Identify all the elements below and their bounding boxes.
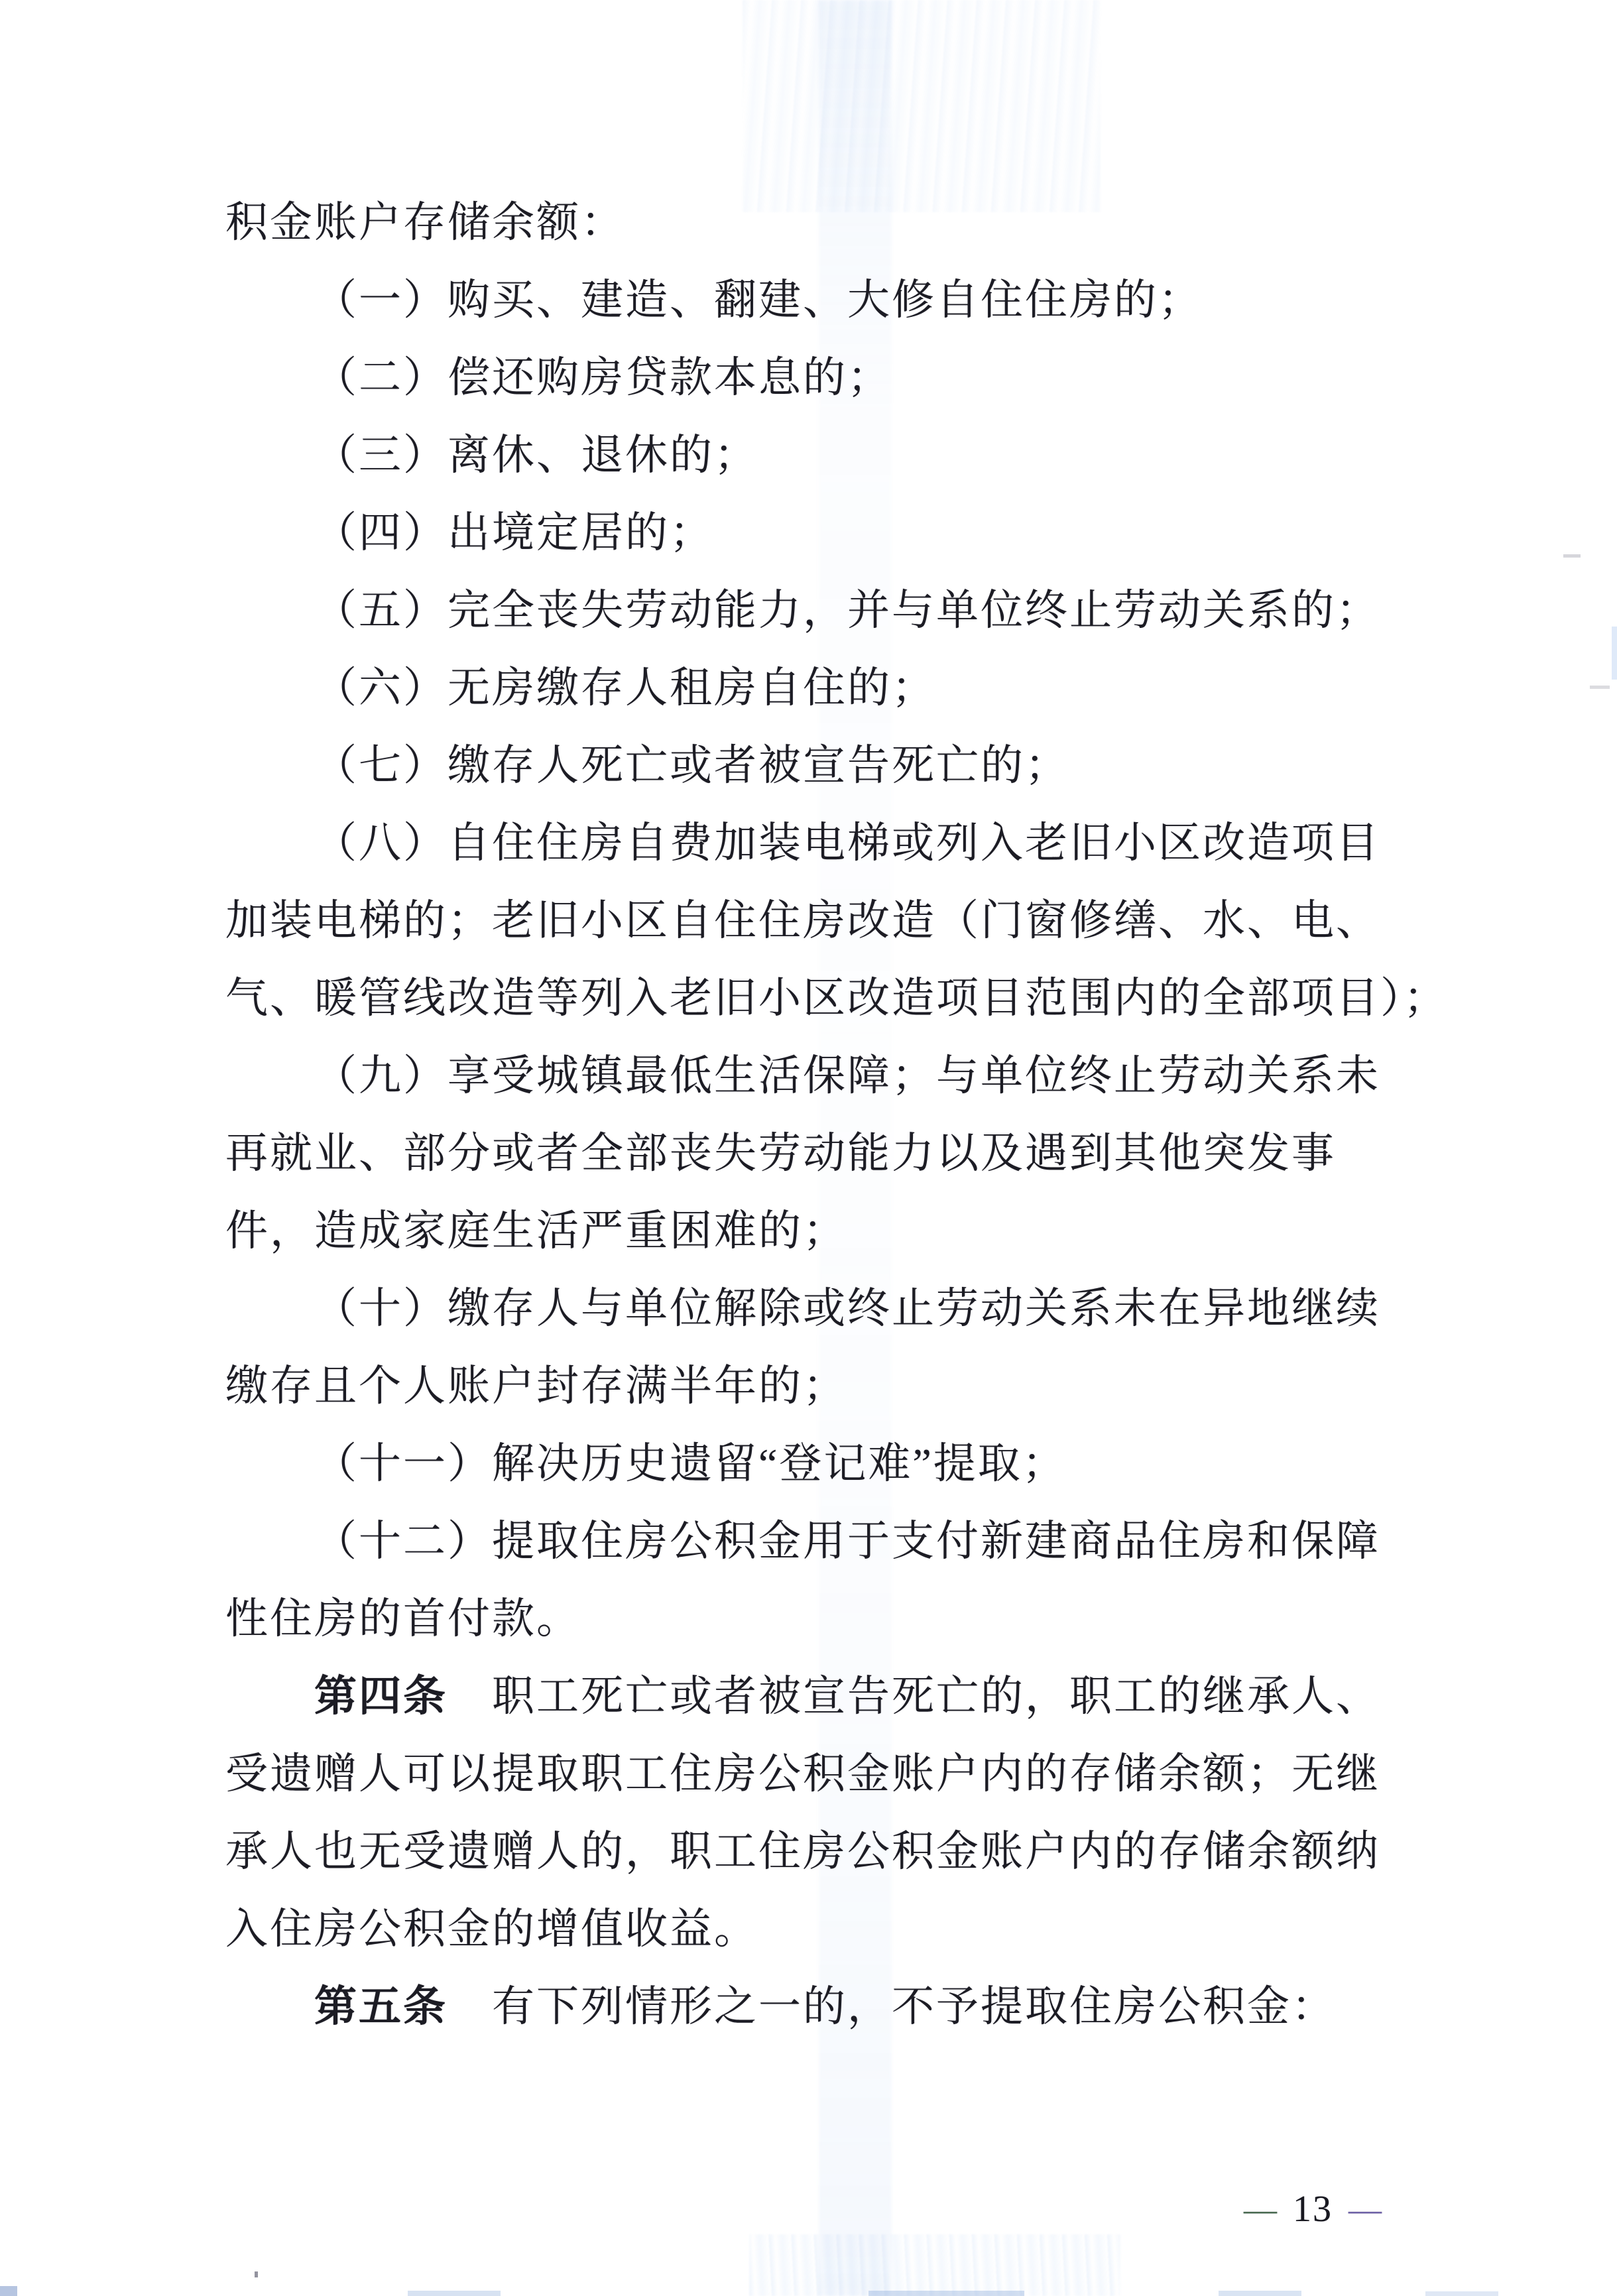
scan-artifact-bottom-smudge bbox=[749, 2234, 1120, 2296]
text-line: 气、暖管线改造等列入老旧小区改造项目范围内的全部项目）； bbox=[225, 959, 1472, 1037]
text-line: 承人也无受遗赠人的，职工住房公积金账户内的存储余额纳 bbox=[225, 1813, 1472, 1890]
text-segment: 加装电梯的；老旧小区自住住房改造（门窗修缮、水、电、 bbox=[225, 897, 1380, 944]
text-segment: 缴存且个人账户封存满半年的； bbox=[225, 1362, 847, 1410]
text-line: 积金账户存储余额： bbox=[225, 184, 1472, 261]
scan-artifact-right-edge bbox=[1612, 627, 1617, 680]
page-number-dash-right: — bbox=[1348, 2183, 1382, 2236]
text-line: （一）购买、建造、翻建、大修自住住房的； bbox=[225, 261, 1472, 339]
text-line: 受遗赠人可以提取职工住房公积金账户内的存储余额；无继 bbox=[225, 1735, 1472, 1813]
text-segment: （三）离休、退休的； bbox=[314, 432, 758, 479]
text-line: （七）缴存人死亡或者被宣告死亡的； bbox=[225, 727, 1472, 804]
text-line: 缴存且个人账户封存满半年的； bbox=[225, 1347, 1472, 1425]
text-line: 入住房公积金的增值收益。 bbox=[225, 1890, 1472, 1968]
scan-artifact-bottom-edge bbox=[408, 2291, 501, 2296]
text-line: （二）偿还购房贷款本息的； bbox=[225, 339, 1472, 416]
text-segment: （八）自住住房自费加装电梯或列入老旧小区改造项目 bbox=[314, 819, 1380, 867]
text-segment: 承人也无受遗赠人的，职工住房公积金账户内的存储余额纳 bbox=[225, 1828, 1380, 1875]
text-line: （八）自住住房自费加装电梯或列入老旧小区改造项目 bbox=[225, 804, 1472, 882]
text-line: 再就业、部分或者全部丧失劳动能力以及遇到其他突发事 bbox=[225, 1115, 1472, 1192]
text-line: 性住房的首付款。 bbox=[225, 1580, 1472, 1658]
text-segment: （一）购买、建造、翻建、大修自住住房的； bbox=[314, 276, 1203, 324]
text-line: （四）出境定居的； bbox=[225, 494, 1472, 572]
page-number: — 13 — bbox=[1244, 2183, 1382, 2236]
text-line: （十）缴存人与单位解除或终止劳动关系未在异地继续 bbox=[225, 1270, 1472, 1347]
text-line: （六）无房缴存人租房自住的； bbox=[225, 649, 1472, 727]
scan-artifact-bottom-edge bbox=[868, 2291, 1024, 2296]
text-segment: （十一）解决历史遗留“登记难”提取； bbox=[314, 1440, 1067, 1487]
scan-artifact-top-streak bbox=[743, 0, 1101, 212]
page-number-dash-left: — bbox=[1244, 2183, 1277, 2236]
scan-artifact-corner-mark bbox=[0, 2286, 17, 2296]
text-segment: （六）无房缴存人租房自住的； bbox=[314, 664, 936, 711]
article-heading: 第五条 bbox=[314, 1982, 448, 2030]
text-segment: 职工死亡或者被宣告死亡的，职工的继承人、 bbox=[448, 1673, 1380, 1720]
text-segment: 气、暖管线改造等列入老旧小区改造项目范围内的全部项目）； bbox=[225, 975, 1448, 1022]
scan-artifact-right-tick bbox=[1590, 686, 1610, 689]
text-segment: 件，造成家庭生活严重困难的； bbox=[225, 1207, 847, 1254]
document-lines: 积金账户存储余额：（一）购买、建造、翻建、大修自住住房的；（二）偿还购房贷款本息… bbox=[225, 184, 1472, 2045]
text-segment: （九）享受城镇最低生活保障；与单位终止劳动关系未 bbox=[314, 1052, 1380, 1099]
scan-artifact-bottom-edge bbox=[1425, 2291, 1498, 2296]
text-segment: （七）缴存人死亡或者被宣告死亡的； bbox=[314, 742, 1069, 789]
text-line: 第四条 职工死亡或者被宣告死亡的，职工的继承人、 bbox=[225, 1658, 1472, 1735]
text-line: （五）完全丧失劳动能力，并与单位终止劳动关系的； bbox=[225, 572, 1472, 649]
text-line: （九）享受城镇最低生活保障；与单位终止劳动关系未 bbox=[225, 1037, 1472, 1115]
scanned-document-page: 积金账户存储余额：（一）购买、建造、翻建、大修自住住房的；（二）偿还购房贷款本息… bbox=[0, 0, 1617, 2296]
text-line: 加装电梯的；老旧小区自住住房改造（门窗修缮、水、电、 bbox=[225, 882, 1472, 959]
text-segment: （二）偿还购房贷款本息的； bbox=[314, 354, 892, 401]
document-body: 积金账户存储余额：（一）购买、建造、翻建、大修自住住房的；（二）偿还购房贷款本息… bbox=[225, 184, 1472, 2045]
text-segment: 再就业、部分或者全部丧失劳动能力以及遇到其他突发事 bbox=[225, 1130, 1336, 1177]
text-segment: （四）出境定居的； bbox=[314, 509, 714, 556]
text-segment: （十）缴存人与单位解除或终止劳动关系未在异地继续 bbox=[314, 1285, 1380, 1332]
text-line: （十二）提取住房公积金用于支付新建商品住房和保障 bbox=[225, 1502, 1472, 1580]
text-line: （十一）解决历史遗留“登记难”提取； bbox=[225, 1425, 1472, 1502]
scan-artifact-bottom-edge bbox=[1219, 2291, 1301, 2296]
page-number-value: 13 bbox=[1293, 2188, 1333, 2230]
text-line: 第五条 有下列情形之一的，不予提取住房公积金： bbox=[225, 1968, 1472, 2045]
scan-artifact-right-tick bbox=[1563, 554, 1581, 558]
text-line: （三）离休、退休的； bbox=[225, 416, 1472, 494]
scan-artifact-speck bbox=[255, 2271, 258, 2277]
text-segment: 有下列情形之一的，不予提取住房公积金： bbox=[448, 1983, 1336, 2030]
text-segment: 入住房公积金的增值收益。 bbox=[225, 1905, 758, 1953]
text-segment: 性住房的首付款。 bbox=[225, 1595, 581, 1642]
article-heading: 第四条 bbox=[314, 1672, 448, 1720]
text-segment: （五）完全丧失劳动能力，并与单位终止劳动关系的； bbox=[314, 587, 1380, 634]
text-segment: 积金账户存储余额： bbox=[225, 199, 625, 246]
text-segment: 受遗赠人可以提取职工住房公积金账户内的存储余额；无继 bbox=[225, 1750, 1380, 1797]
text-segment: （十二）提取住房公积金用于支付新建商品住房和保障 bbox=[314, 1518, 1380, 1565]
text-line: 件，造成家庭生活严重困难的； bbox=[225, 1192, 1472, 1270]
